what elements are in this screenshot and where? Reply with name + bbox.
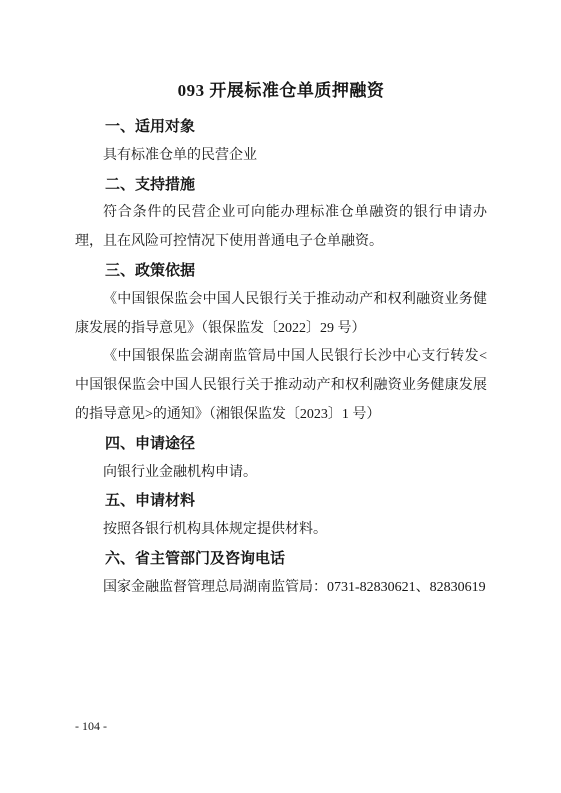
document-page: 093 开展标准仓单质押融资 一、适用对象具有标准仓单的民营企业二、支持措施符合… — [0, 0, 561, 793]
paragraph: 具有标准仓单的民营企业 — [75, 142, 487, 171]
paragraph: 《中国银保监会湖南监管局中国人民银行长沙中心支行转发<中国银保监会中国人民银行关… — [75, 343, 487, 429]
section-heading: 二、支持措施 — [75, 171, 487, 200]
section-heading: 三、政策依据 — [75, 257, 487, 286]
section-heading: 六、省主管部门及咨询电话 — [75, 545, 487, 574]
section-heading: 一、适用对象 — [75, 113, 487, 142]
paragraph: 按照各银行机构具体规定提供材料。 — [75, 516, 487, 545]
paragraph: 符合条件的民营企业可向能办理标准仓单融资的银行申请办理，且在风险可控情况下使用普… — [75, 199, 487, 257]
document-title: 093 开展标准仓单质押融资 — [75, 80, 487, 101]
paragraph: 向银行业金融机构申请。 — [75, 459, 487, 488]
paragraph: 国家金融监督管理总局湖南监管局：0731-82830621、82830619 — [75, 574, 487, 603]
paragraph: 《中国银保监会中国人民银行关于推动动产和权利融资业务健康发展的指导意见》（银保监… — [75, 286, 487, 344]
section-heading: 四、申请途径 — [75, 430, 487, 459]
page-number: - 104 - — [75, 719, 107, 734]
document-sections: 一、适用对象具有标准仓单的民营企业二、支持措施符合条件的民营企业可向能办理标准仓… — [75, 113, 487, 603]
document-content: 093 开展标准仓单质押融资 一、适用对象具有标准仓单的民营企业二、支持措施符合… — [0, 0, 561, 603]
section-heading: 五、申请材料 — [75, 487, 487, 516]
